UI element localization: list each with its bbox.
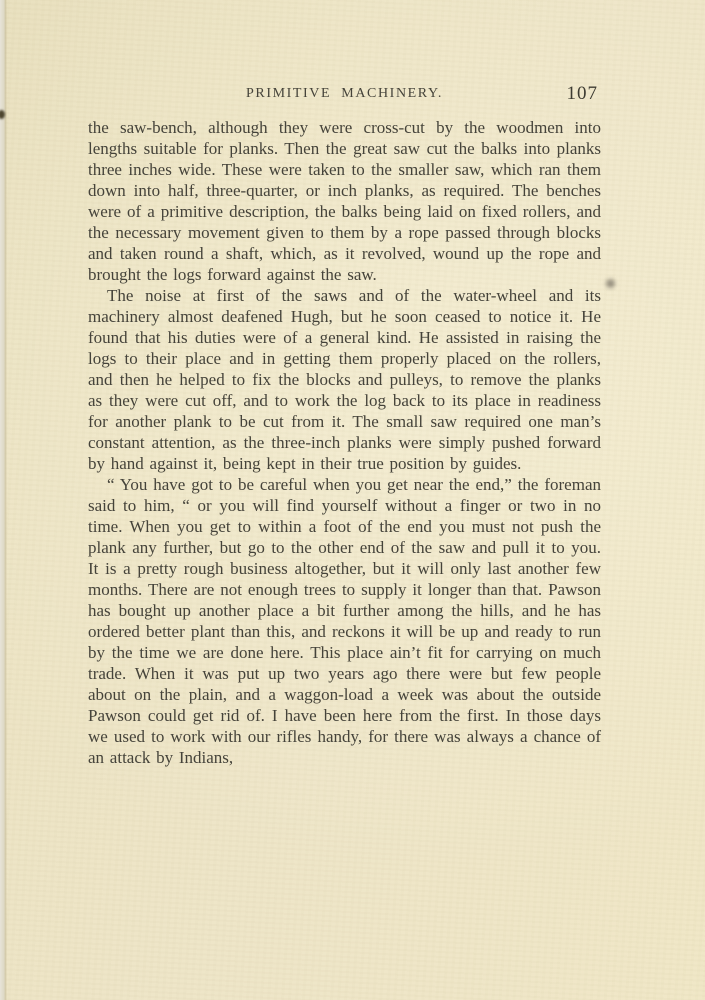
running-title: PRIMITIVE MACHINERY.: [88, 86, 601, 102]
page-number: 107: [567, 83, 599, 105]
paragraph: The noise at first of the saws and of th…: [88, 285, 601, 474]
page-left-edge: [0, 0, 7, 1000]
paragraph: “ You have got to be careful when you ge…: [88, 474, 601, 768]
paragraph: the saw-bench, although they were cross-…: [88, 117, 601, 285]
body-text: the saw-bench, although they were cross-…: [88, 117, 601, 768]
book-page-scan: PRIMITIVE MACHINERY. 107 the saw-bench, …: [0, 0, 705, 1000]
ink-smudge: [606, 279, 615, 288]
running-header: PRIMITIVE MACHINERY. 107: [88, 86, 601, 106]
